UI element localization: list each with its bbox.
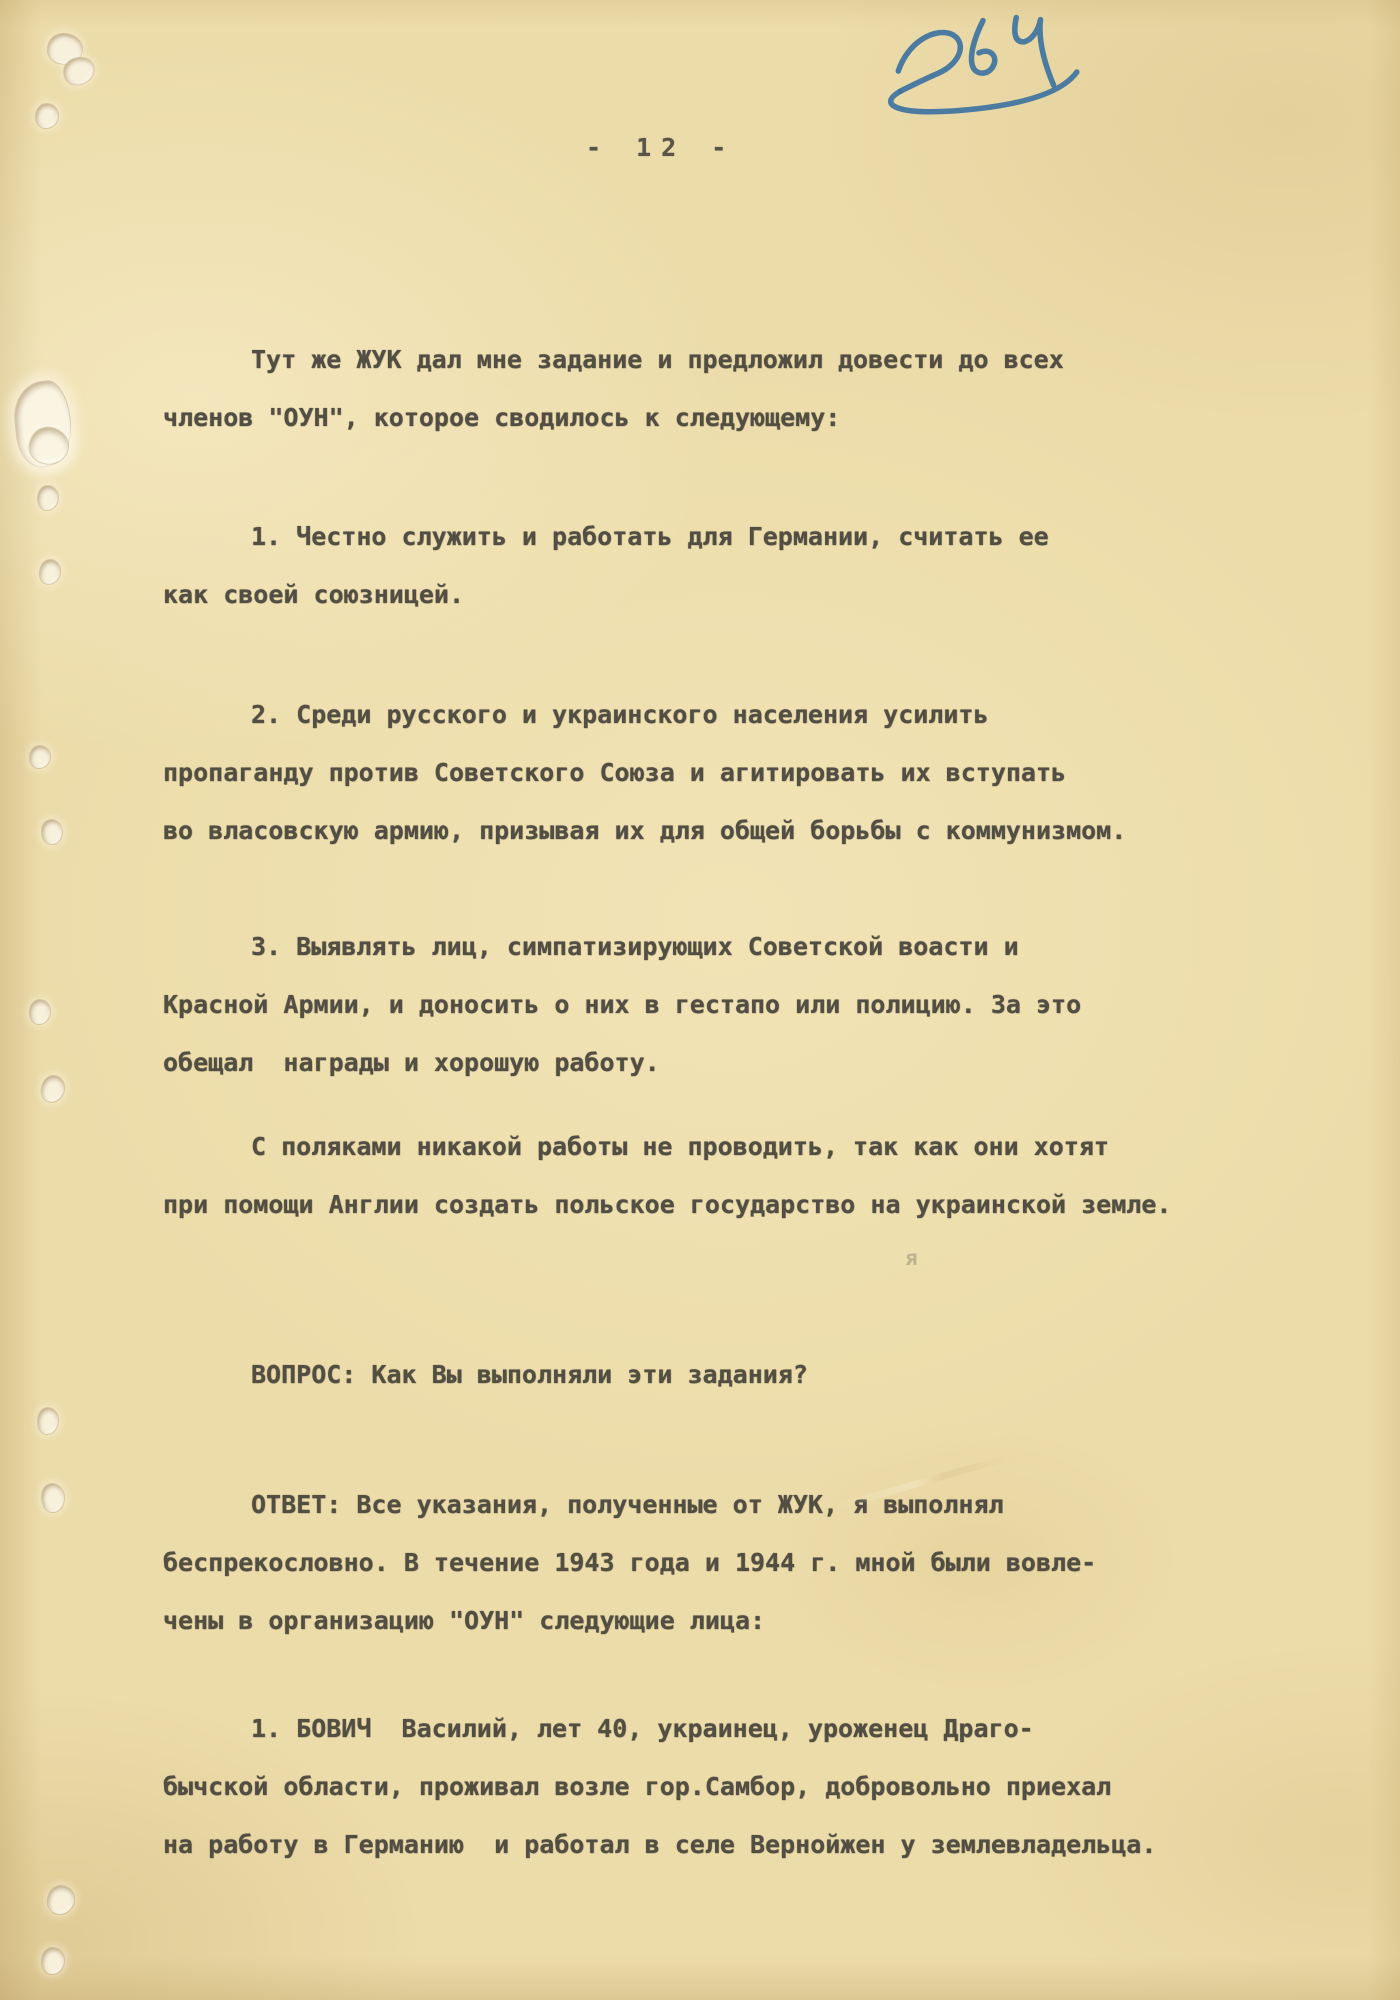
punch-hole [38,559,61,586]
handwritten-page-number [868,8,1100,120]
punch-hole [36,104,58,128]
ink-stroke-4 [1015,18,1054,86]
paragraph-task-3: 3. Выявлять лиц, симпатизирующих Советск… [163,918,1178,1092]
typed-page-number: - 12 - [586,134,736,162]
punch-hole [40,1483,66,1514]
ink-stroke-2 [898,33,960,92]
ink-stroke-6 [971,21,994,74]
punch-hole [30,746,50,768]
paragraph-person-1: 1. БОВИЧ Василий, лет 40, украинец, урож… [163,1700,1178,1874]
document-page: - 12 - Тут же ЖУК дал мне задание и пред… [0,0,1400,2000]
paragraph-poles-note: С поляками никакой работы не проводить, … [163,1118,1178,1234]
paragraph-answer: ОТВЕТ: Все указания, полученные от ЖУК, … [163,1476,1178,1650]
paragraph-intro: Тут же ЖУК дал мне задание и предложил д… [163,331,1178,447]
punch-hole [38,486,58,510]
punch-hole [30,1000,50,1024]
punch-hole [40,1074,67,1104]
paragraph-task-2: 2. Среди русского и украинского населени… [163,686,1178,860]
paragraph-question: ВОПРОС: Как Вы выполняли эти задания? [163,1346,1178,1404]
punch-hole [42,1948,64,1974]
punch-hole [38,1408,58,1434]
punch-hole [40,818,64,845]
punch-hole [47,1885,76,1916]
paragraph-task-1: 1. Честно служить и работать для Германи… [163,508,1178,624]
stray-mark: я [905,1246,918,1270]
